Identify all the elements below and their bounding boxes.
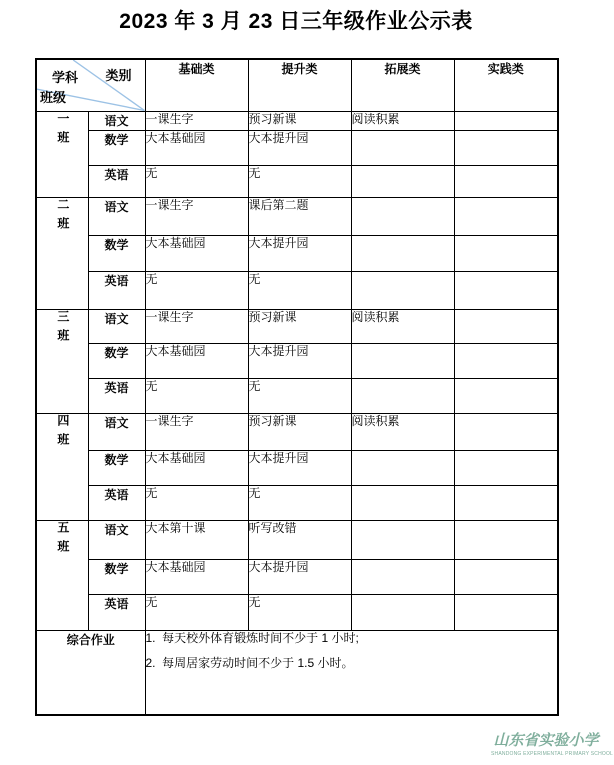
homework-cell: 大本第十课 <box>145 520 248 559</box>
homework-cell: 阅读积累 <box>351 309 454 343</box>
subject-label: 英语 <box>88 165 145 197</box>
homework-cell: 无 <box>248 271 351 309</box>
school-name-cn: 山东省实验小学 <box>491 733 601 750</box>
summary-item: 2. 每周居家劳动时间不少于 1.5 小时。 <box>146 656 558 672</box>
summary-row: 综合作业 1. 每天校外体育锻炼时间不少于 1 小时; 2. 每周居家劳动时间不… <box>36 630 558 715</box>
homework-cell <box>351 343 454 378</box>
homework-cell: 大本基础园 <box>145 343 248 378</box>
homework-cell <box>454 309 558 343</box>
summary-content-cell: 1. 每天校外体育锻炼时间不少于 1 小时; 2. 每周居家劳动时间不少于 1.… <box>145 630 558 715</box>
homework-cell <box>454 271 558 309</box>
homework-cell: 大本提升园 <box>248 235 351 271</box>
homework-cell: 大本提升园 <box>248 130 351 165</box>
homework-cell: 大本提升园 <box>248 343 351 378</box>
homework-cell: 无 <box>248 165 351 197</box>
class-name-cell: 四班 <box>36 413 88 520</box>
table-row: 数学 大本基础园 大本提升园 <box>36 343 558 378</box>
homework-cell <box>351 235 454 271</box>
table-row: 英语 无 无 <box>36 165 558 197</box>
homework-cell <box>351 378 454 413</box>
class-name-cell: 三班 <box>36 309 88 413</box>
school-watermark: 山东省实验小学 SHANDONG EXPERIMENTAL PRIMARY SC… <box>491 733 601 757</box>
homework-cell: 一课生字 <box>145 197 248 235</box>
table-row: 五班 语文 大本第十课 听写改错 <box>36 520 558 559</box>
homework-cell <box>351 130 454 165</box>
homework-cell: 无 <box>145 271 248 309</box>
school-name-en: SHANDONG EXPERIMENTAL PRIMARY SCHOOL <box>491 751 601 757</box>
homework-cell: 无 <box>248 378 351 413</box>
class-name-cell: 一班 <box>36 111 88 197</box>
header-row: 学科 类别 班级 基础类 提升类 拓展类 实践类 <box>36 59 558 111</box>
homework-cell <box>351 594 454 630</box>
table-row: 英语 无 无 <box>36 271 558 309</box>
homework-cell <box>454 594 558 630</box>
homework-cell: 大本基础园 <box>145 559 248 594</box>
homework-cell <box>351 559 454 594</box>
homework-cell: 预习新课 <box>248 413 351 450</box>
homework-cell: 一课生字 <box>145 309 248 343</box>
column-header-basic: 基础类 <box>145 59 248 111</box>
homework-cell <box>454 197 558 235</box>
homework-cell: 大本提升园 <box>248 559 351 594</box>
table-row: 英语 无 无 <box>36 594 558 630</box>
homework-cell <box>351 485 454 520</box>
homework-cell: 大本基础园 <box>145 235 248 271</box>
subject-label: 语文 <box>88 413 145 450</box>
subject-label: 语文 <box>88 309 145 343</box>
homework-cell: 大本基础园 <box>145 130 248 165</box>
table-row: 数学 大本基础园 大本提升园 <box>36 559 558 594</box>
homework-cell: 大本基础园 <box>145 450 248 485</box>
homework-cell: 一课生字 <box>145 413 248 450</box>
subject-label: 英语 <box>88 271 145 309</box>
homework-cell <box>351 197 454 235</box>
table-row: 数学 大本基础园 大本提升园 <box>36 235 558 271</box>
corner-class-label: 班级 <box>40 91 66 104</box>
column-header-practice: 实践类 <box>454 59 558 111</box>
subject-label: 语文 <box>88 197 145 235</box>
subject-label: 英语 <box>88 378 145 413</box>
subject-label: 数学 <box>88 559 145 594</box>
column-header-expand: 拓展类 <box>351 59 454 111</box>
homework-cell <box>351 450 454 485</box>
summary-label: 综合作业 <box>36 630 145 715</box>
subject-label: 数学 <box>88 235 145 271</box>
table-row: 数学 大本基础园 大本提升园 <box>36 450 558 485</box>
table-row: 三班 语文 一课生字 预习新课 阅读积累 <box>36 309 558 343</box>
homework-cell: 无 <box>248 594 351 630</box>
corner-subject-label: 学科 <box>52 71 78 84</box>
table-row: 一班 语文 一课生字 预习新课 阅读积累 <box>36 111 558 130</box>
summary-item: 1. 每天校外体育锻炼时间不少于 1 小时; <box>146 631 558 647</box>
homework-cell <box>454 343 558 378</box>
homework-cell: 阅读积累 <box>351 111 454 130</box>
homework-cell <box>454 130 558 165</box>
homework-cell <box>351 520 454 559</box>
homework-cell: 无 <box>145 594 248 630</box>
class-name-cell: 五班 <box>36 520 88 630</box>
homework-cell: 听写改错 <box>248 520 351 559</box>
homework-cell <box>454 111 558 130</box>
homework-cell: 大本提升园 <box>248 450 351 485</box>
subject-label: 语文 <box>88 111 145 130</box>
table-row: 四班 语文 一课生字 预习新课 阅读积累 <box>36 413 558 450</box>
homework-cell: 预习新课 <box>248 111 351 130</box>
homework-cell <box>351 271 454 309</box>
homework-cell: 无 <box>248 485 351 520</box>
table-row: 二班 语文 一课生字 课后第二题 <box>36 197 558 235</box>
class-name-cell: 二班 <box>36 197 88 309</box>
homework-cell <box>454 450 558 485</box>
homework-cell: 课后第二题 <box>248 197 351 235</box>
page-title: 2023 年 3 月 23 日三年级作业公示表 <box>35 5 557 35</box>
homework-cell: 一课生字 <box>145 111 248 130</box>
homework-cell <box>454 413 558 450</box>
column-header-improve: 提升类 <box>248 59 351 111</box>
table-row: 英语 无 无 <box>36 378 558 413</box>
subject-label: 语文 <box>88 520 145 559</box>
homework-cell <box>454 165 558 197</box>
homework-cell: 无 <box>145 165 248 197</box>
homework-cell: 阅读积累 <box>351 413 454 450</box>
subject-label: 数学 <box>88 130 145 165</box>
corner-category-label: 类别 <box>105 69 131 82</box>
homework-cell <box>454 378 558 413</box>
homework-cell: 预习新课 <box>248 309 351 343</box>
subject-label: 英语 <box>88 594 145 630</box>
homework-cell <box>454 520 558 559</box>
subject-label: 英语 <box>88 485 145 520</box>
table-row: 数学 大本基础园 大本提升园 <box>36 130 558 165</box>
corner-header-cell: 学科 类别 班级 <box>36 59 145 111</box>
homework-cell <box>351 165 454 197</box>
homework-table: 学科 类别 班级 基础类 提升类 拓展类 实践类 一班 语文 一课生字 预习新课… <box>35 58 559 716</box>
homework-cell: 无 <box>145 485 248 520</box>
homework-cell <box>454 485 558 520</box>
homework-cell <box>454 559 558 594</box>
subject-label: 数学 <box>88 343 145 378</box>
table-row: 英语 无 无 <box>36 485 558 520</box>
subject-label: 数学 <box>88 450 145 485</box>
homework-cell: 无 <box>145 378 248 413</box>
homework-cell <box>454 235 558 271</box>
